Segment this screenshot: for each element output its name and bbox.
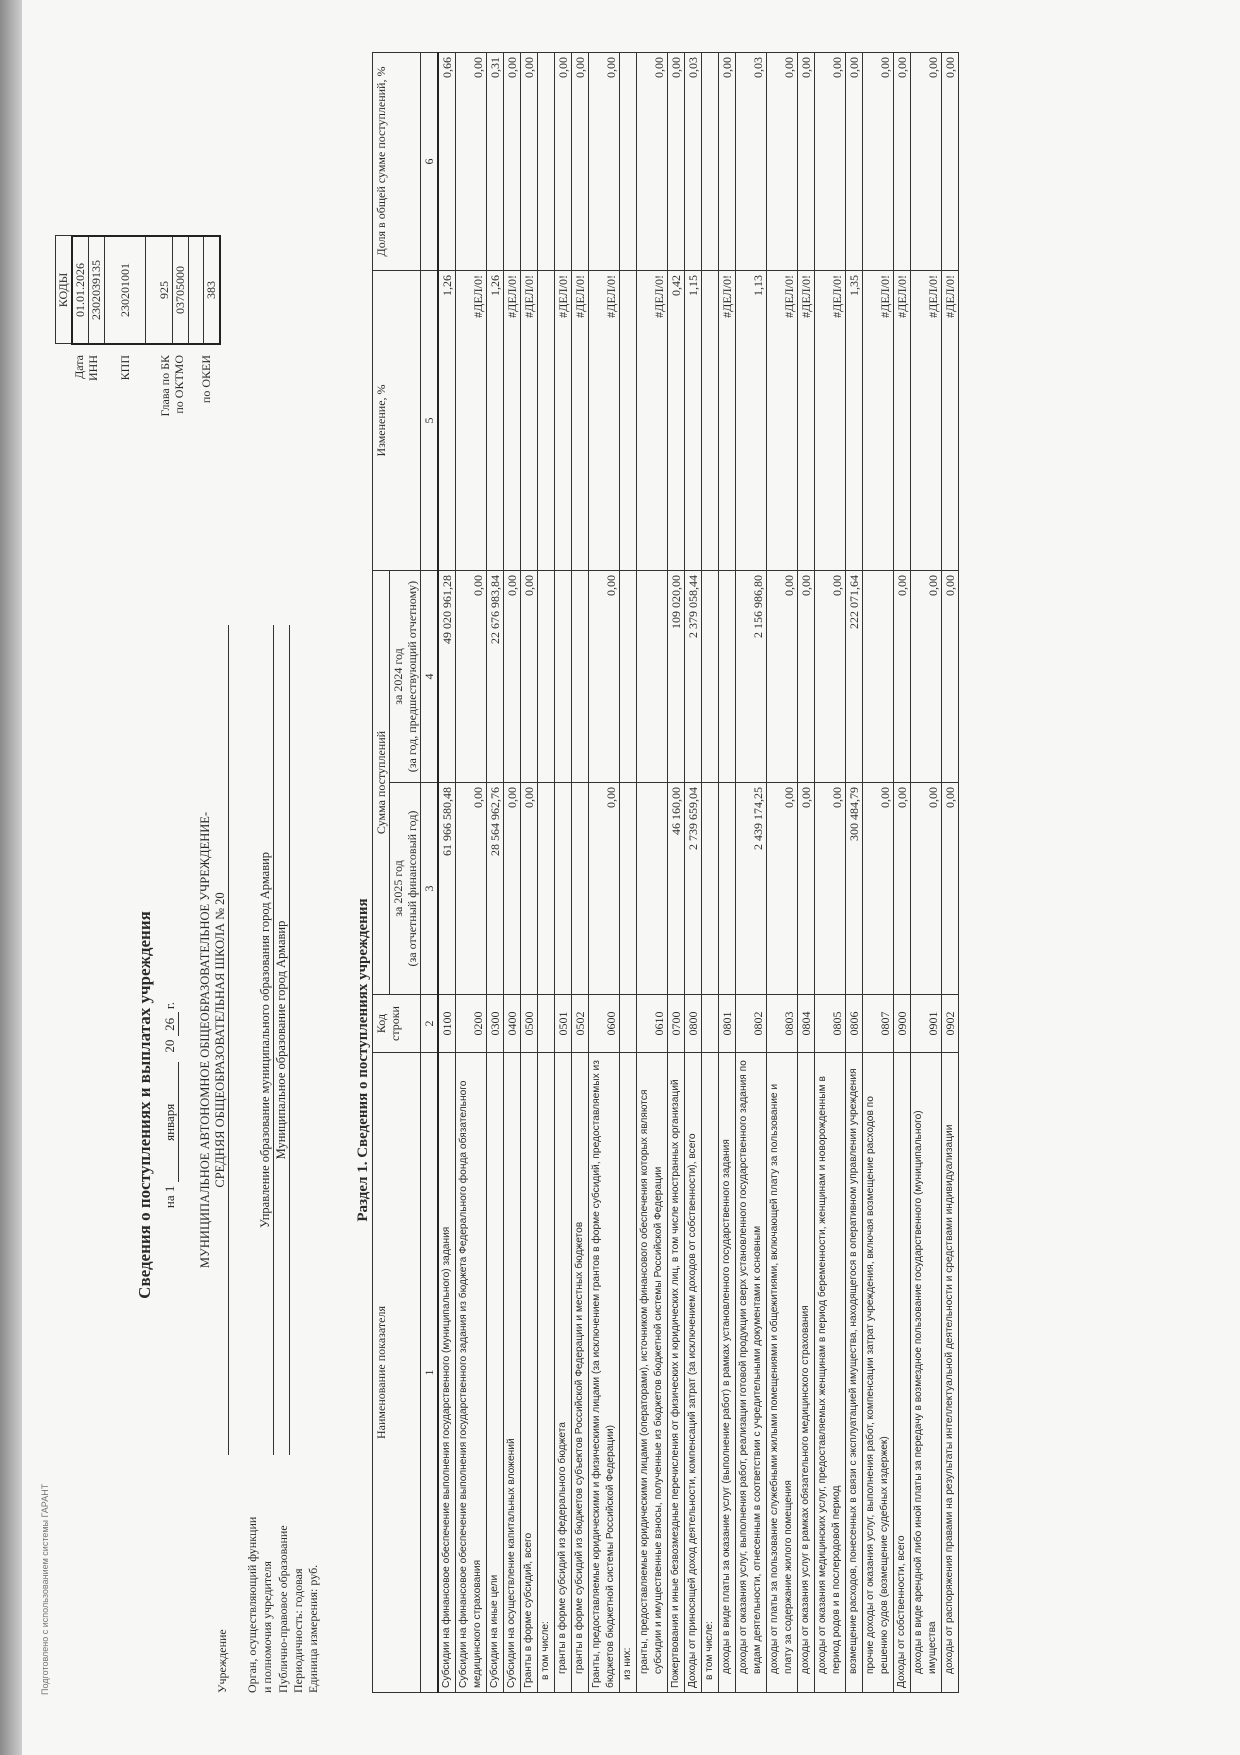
cell-current: 0,00 <box>798 783 815 995</box>
col-header-current-year: за 2025 год <box>391 787 405 990</box>
cell-current: 0,00 <box>863 783 894 995</box>
cell-change: #ДЕЛ/0! <box>555 271 572 571</box>
cell-change: #ДЕЛ/0! <box>589 271 620 571</box>
founder-label: Орган, осуществляющий функции и полномоч… <box>245 1517 275 1693</box>
institution-name: МУНИЦИПАЛЬНОЕ АВТОНОМНОЕ ОБЩЕОБРАЗОВАТЕЛ… <box>198 625 229 1455</box>
garant-watermark: Подготовлено с использованием системы ГА… <box>40 1484 50 1695</box>
cell-change: #ДЕЛ/0! <box>942 271 959 571</box>
cell-previous: 0,00 <box>798 571 815 783</box>
cell-current <box>620 783 637 995</box>
date-month: января <box>162 1062 179 1182</box>
cell-previous: 0,00 <box>589 571 620 783</box>
cell-name: доходы от оказания медицинских услуг, пр… <box>815 1053 846 1693</box>
cell-code: 0901 <box>911 995 942 1053</box>
cell-previous <box>637 571 668 783</box>
cell-current <box>555 783 572 995</box>
table-row: гранты, предоставляемые юридическими лиц… <box>637 53 668 1693</box>
cell-code: 0902 <box>942 995 959 1053</box>
cell-change: #ДЕЛ/0! <box>504 271 521 571</box>
cell-previous: 222 071,64 <box>846 571 863 783</box>
cell-code <box>702 995 719 1053</box>
col-number: 2 <box>421 995 439 1053</box>
cell-share: 0,00 <box>572 53 589 271</box>
table-row: Доходы от собственности, всего09000,000,… <box>894 53 911 1693</box>
col-header-name: Наименование показателя <box>373 1053 421 1693</box>
table-row: в том числе: <box>702 53 719 1693</box>
date-year: 26 <box>162 1012 179 1036</box>
cell-share <box>538 53 555 271</box>
cell-change: #ДЕЛ/0! <box>637 271 668 571</box>
col-header-current: за 2025 год (за отчетный финансовый год) <box>390 783 421 995</box>
cell-previous: 109 020,00 <box>668 571 685 783</box>
cell-name: Доходы от собственности, всего <box>894 1053 911 1693</box>
code-label-oktmo: по ОКТМО <box>172 355 187 475</box>
table-row: доходы от оказания услуг в рамках обязат… <box>798 53 815 1693</box>
cell-previous: 2 379 058,44 <box>685 571 702 783</box>
table-row: Субсидии на финансовое обеспечение выпол… <box>456 53 487 1693</box>
cell-change: #ДЕЛ/0! <box>719 271 736 571</box>
cell-current: 0,00 <box>911 783 942 995</box>
cell-current: 0,00 <box>767 783 798 995</box>
cell-previous <box>555 571 572 783</box>
cell-current: 28 564 962,76 <box>487 783 504 995</box>
cell-change: #ДЕЛ/0! <box>572 271 589 571</box>
founder-label-line2: и полномочия учредителя <box>260 1517 275 1693</box>
cell-code: 0800 <box>685 995 702 1053</box>
cell-change: 0,42 <box>668 271 685 571</box>
cell-share: 0,03 <box>685 53 702 271</box>
table-row: доходы от оказания медицинских услуг, пр… <box>815 53 846 1693</box>
cell-previous: 22 676 983,84 <box>487 571 504 783</box>
institution-name-line1: МУНИЦИПАЛЬНОЕ АВТОНОМНОЕ ОБЩЕОБРАЗОВАТЕЛ… <box>198 625 213 1455</box>
section-title: Раздел 1. Сведения о поступлениях учрежд… <box>355 710 372 1410</box>
cell-share <box>620 53 637 271</box>
date-year-prefix: 20 <box>162 1040 177 1053</box>
col-header-share: Доля в общей сумме поступлений, % <box>373 53 421 271</box>
cell-code: 0300 <box>487 995 504 1053</box>
cell-share: 0,00 <box>815 53 846 271</box>
table-row: доходы от оказания услуг, выполнения раб… <box>736 53 767 1693</box>
cell-share: 0,00 <box>637 53 668 271</box>
cell-name: доходы в виде арендной либо иной платы з… <box>911 1053 942 1693</box>
cell-name: доходы от распоряжения правами на резуль… <box>942 1053 959 1693</box>
cell-previous: 0,00 <box>815 571 846 783</box>
cell-current: 61 966 580,48 <box>438 783 456 995</box>
table-row: доходы от распоряжения правами на резуль… <box>942 53 959 1693</box>
cell-share: 0,00 <box>894 53 911 271</box>
founder-value: Управление образование муниципального об… <box>258 625 274 1455</box>
cell-code: 0805 <box>815 995 846 1053</box>
cell-name: гранты, предоставляемые юридическими лиц… <box>637 1053 668 1693</box>
cell-code: 0501 <box>555 995 572 1053</box>
cell-name: доходы от оказания услуг в рамках обязат… <box>798 1053 815 1693</box>
date-prefix: на 1 <box>162 1186 177 1208</box>
code-label-kpp: КПП <box>118 355 133 475</box>
cell-previous: 0,00 <box>767 571 798 783</box>
code-label-okei: по ОКЕИ <box>199 355 214 475</box>
cell-current <box>637 783 668 995</box>
cell-previous <box>538 571 555 783</box>
cell-code <box>620 995 637 1053</box>
cell-code: 0804 <box>798 995 815 1053</box>
cell-share <box>702 53 719 271</box>
cell-share: 0,00 <box>942 53 959 271</box>
table-row: гранты в форме субсидий из федерального … <box>555 53 572 1693</box>
cell-current: 0,00 <box>589 783 620 995</box>
cell-current <box>572 783 589 995</box>
table-row: из них: <box>620 53 637 1693</box>
cell-code: 0807 <box>863 995 894 1053</box>
date-suffix: г. <box>162 1002 177 1009</box>
cell-name: гранты в форме субсидий из федерального … <box>555 1053 572 1693</box>
cell-code: 0610 <box>637 995 668 1053</box>
cell-share: 0,00 <box>555 53 572 271</box>
cell-share: 0,00 <box>456 53 487 271</box>
code-blank <box>189 236 204 344</box>
cell-share: 0,00 <box>863 53 894 271</box>
cell-code: 0803 <box>767 995 798 1053</box>
cell-share: 0,00 <box>767 53 798 271</box>
table-row: Субсидии на иные цели030028 564 962,7622… <box>487 53 504 1693</box>
code-date: 01.01.2026 <box>72 236 89 344</box>
cell-code: 0502 <box>572 995 589 1053</box>
report-date: на 1 января 20 26 г. <box>162 455 179 1755</box>
code-kpp: 230201001 <box>105 236 146 344</box>
cell-current: 0,00 <box>456 783 487 995</box>
unit-of-measure: Единица измерения: руб. <box>306 1565 321 1693</box>
cell-current: 2 439 174,25 <box>736 783 767 995</box>
cell-previous <box>620 571 637 783</box>
cell-name: Субсидии на осуществление капитальных вл… <box>504 1053 521 1693</box>
table-row: доходы от платы за пользование служебным… <box>767 53 798 1693</box>
code-inn: 2302039135 <box>89 236 105 344</box>
cell-change: 1,35 <box>846 271 863 571</box>
cell-change: #ДЕЛ/0! <box>894 271 911 571</box>
cell-name: из них: <box>620 1053 637 1693</box>
col-header-code: Код строки <box>373 995 421 1053</box>
table-row: Субсидии на осуществление капитальных вл… <box>504 53 521 1693</box>
cell-share: 0,00 <box>798 53 815 271</box>
cell-code: 0200 <box>456 995 487 1053</box>
cell-code <box>538 995 555 1053</box>
cell-change: 1,26 <box>438 271 456 571</box>
table-row: Доходы от приносящей доход деятельности,… <box>685 53 702 1693</box>
code-oktmo: 03705000 <box>173 236 189 344</box>
periodicity: Периодичность: годовая <box>291 1569 306 1693</box>
cell-code: 0806 <box>846 995 863 1053</box>
table-row: прочие доходы от оказания услуг, выполне… <box>863 53 894 1693</box>
cell-share: 0,00 <box>719 53 736 271</box>
cell-change <box>702 271 719 571</box>
cell-current: 300 484,79 <box>846 783 863 995</box>
cell-current <box>538 783 555 995</box>
cell-code: 0801 <box>719 995 736 1053</box>
receipts-table: Наименование показателя Код строки Сумма… <box>372 52 959 1693</box>
codes-table: КОДЫ 01.01.2026 2302039135 230201001 925… <box>55 235 221 345</box>
table-row: Гранты, предоставляемые юридическими и ф… <box>589 53 620 1693</box>
code-bk: 925 <box>146 236 173 344</box>
table-row: Субсидии на финансовое обеспечение выпол… <box>438 53 456 1693</box>
public-entity-label: Публично-правовое образование <box>276 1525 291 1693</box>
cell-name: гранты в форме субсидий из бюджетов субъ… <box>572 1053 589 1693</box>
cell-previous: 2 156 986,80 <box>736 571 767 783</box>
cell-previous: 0,00 <box>911 571 942 783</box>
cell-previous: 49 020 961,28 <box>438 571 456 783</box>
table-row: гранты в форме субсидий из бюджетов субъ… <box>572 53 589 1693</box>
cell-previous <box>572 571 589 783</box>
public-entity-value: Муниципальное образование город Армавир <box>274 625 290 1455</box>
table-row: доходы в виде платы за оказание услуг (в… <box>719 53 736 1693</box>
cell-share: 0,00 <box>589 53 620 271</box>
institution-label: Учреждение <box>215 1629 230 1693</box>
cell-name: доходы от оказания услуг, выполнения раб… <box>736 1053 767 1693</box>
cell-previous: 0,00 <box>456 571 487 783</box>
cell-change <box>620 271 637 571</box>
document-title: Сведения о поступлениях и выплатах учреж… <box>135 455 155 1755</box>
cell-previous: 0,00 <box>942 571 959 783</box>
code-label-bk: Глава по БК <box>158 355 173 475</box>
cell-change: #ДЕЛ/0! <box>798 271 815 571</box>
col-number: 5 <box>421 271 439 571</box>
cell-current: 2 739 659,04 <box>685 783 702 995</box>
cell-code: 0500 <box>521 995 538 1053</box>
cell-change: #ДЕЛ/0! <box>456 271 487 571</box>
cell-name: Доходы от приносящей доход деятельности,… <box>685 1053 702 1693</box>
cell-share: 0,00 <box>911 53 942 271</box>
cell-name: возмещение расходов, понесенных в связи … <box>846 1053 863 1693</box>
cell-code: 0802 <box>736 995 767 1053</box>
cell-name: в том числе: <box>538 1053 555 1693</box>
code-label-inn: ИНН <box>86 355 101 475</box>
cell-code: 0900 <box>894 995 911 1053</box>
cell-current: 0,00 <box>894 783 911 995</box>
cell-previous: 0,00 <box>894 571 911 783</box>
cell-change: #ДЕЛ/0! <box>815 271 846 571</box>
col-number: 4 <box>421 571 439 783</box>
cell-change: 1,13 <box>736 271 767 571</box>
col-header-sum-group: Сумма поступлений <box>373 571 390 995</box>
cell-code: 0600 <box>589 995 620 1053</box>
cell-share: 0,00 <box>504 53 521 271</box>
cell-code: 0100 <box>438 995 456 1053</box>
cell-current: 0,00 <box>504 783 521 995</box>
cell-name: Субсидии на иные цели <box>487 1053 504 1693</box>
cell-name: в том числе: <box>702 1053 719 1693</box>
cell-name: прочие доходы от оказания услуг, выполне… <box>863 1053 894 1693</box>
cell-change: 1,15 <box>685 271 702 571</box>
col-header-previous-year: за 2024 год <box>391 575 405 778</box>
cell-previous <box>719 571 736 783</box>
institution-name-line2: СРЕДНЯЯ ОБЩЕОБРАЗОВАТЕЛЬНАЯ ШКОЛА № 20 <box>213 625 228 1455</box>
cell-current: 0,00 <box>942 783 959 995</box>
founder-label-line1: Орган, осуществляющий функции <box>245 1517 260 1693</box>
col-header-previous-sub: (за год, предшествующий отчетному) <box>405 575 419 778</box>
col-header-previous: за 2024 год (за год, предшествующий отче… <box>390 571 421 783</box>
cell-current: 0,00 <box>521 783 538 995</box>
cell-share: 0,66 <box>438 53 456 271</box>
table-row: возмещение расходов, понесенных в связи … <box>846 53 863 1693</box>
cell-change <box>538 271 555 571</box>
cell-name: Гранты в форме субсидий, всего <box>521 1053 538 1693</box>
cell-share: 0,03 <box>736 53 767 271</box>
cell-current: 0,00 <box>815 783 846 995</box>
cell-name: Пожертвования и иные безвозмездные переч… <box>668 1053 685 1693</box>
table-row: в том числе: <box>538 53 555 1693</box>
table-row: Пожертвования и иные безвозмездные переч… <box>668 53 685 1693</box>
cell-name: Гранты, предоставляемые юридическими и ф… <box>589 1053 620 1693</box>
cell-share: 0,00 <box>846 53 863 271</box>
document-page: Подготовлено с использованием системы ГА… <box>0 0 1240 1755</box>
cell-current <box>702 783 719 995</box>
cell-name: Субсидии на финансовое обеспечение выпол… <box>456 1053 487 1693</box>
cell-name: доходы от платы за пользование служебным… <box>767 1053 798 1693</box>
cell-change: #ДЕЛ/0! <box>767 271 798 571</box>
cell-previous: 0,00 <box>521 571 538 783</box>
table-row: доходы в виде арендной либо иной платы з… <box>911 53 942 1693</box>
cell-previous <box>863 571 894 783</box>
code-okei: 383 <box>204 236 221 344</box>
col-number: 3 <box>421 783 439 995</box>
cell-name: доходы в виде платы за оказание услуг (в… <box>719 1053 736 1693</box>
cell-previous <box>702 571 719 783</box>
col-header-current-sub: (за отчетный финансовый год) <box>405 787 419 990</box>
cell-change: #ДЕЛ/0! <box>521 271 538 571</box>
cell-share: 0,31 <box>487 53 504 271</box>
col-number: 1 <box>421 1053 439 1693</box>
codes-header: КОДЫ <box>56 236 73 344</box>
cell-current: 46 160,00 <box>668 783 685 995</box>
col-header-change: Изменение, % <box>373 271 421 571</box>
code-label-date: Дата <box>72 355 87 475</box>
cell-current <box>719 783 736 995</box>
cell-code: 0700 <box>668 995 685 1053</box>
cell-change: #ДЕЛ/0! <box>911 271 942 571</box>
cell-change: 1,26 <box>487 271 504 571</box>
cell-share: 0,00 <box>521 53 538 271</box>
col-number: 6 <box>421 53 439 271</box>
cell-name: Субсидии на финансовое обеспечение выпол… <box>438 1053 456 1693</box>
cell-change: #ДЕЛ/0! <box>863 271 894 571</box>
table-row: Гранты в форме субсидий, всего05000,000,… <box>521 53 538 1693</box>
cell-code: 0400 <box>504 995 521 1053</box>
cell-previous: 0,00 <box>504 571 521 783</box>
cell-share: 0,00 <box>668 53 685 271</box>
